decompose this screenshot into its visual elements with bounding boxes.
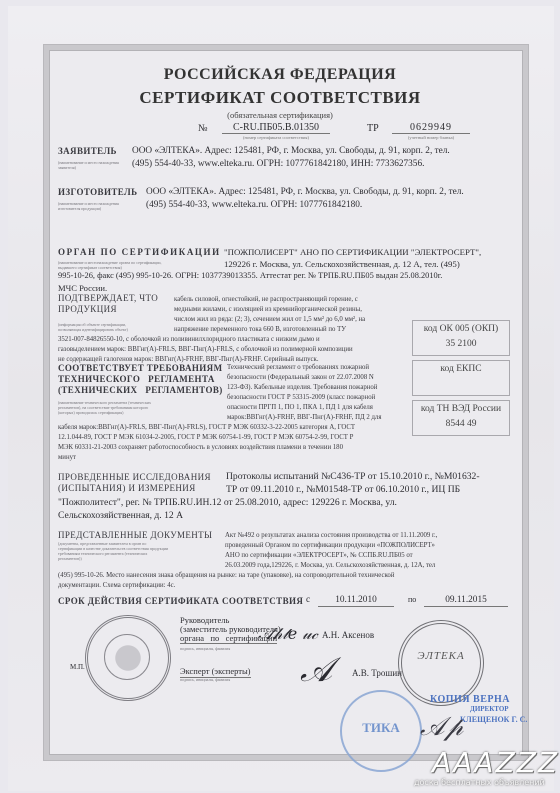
expert-signature: 𝒜 (300, 650, 332, 690)
compliance-line-5: опасности ПРГП 1, ПО 1, ПКА 1, ПД 1 для … (227, 403, 373, 412)
documents-line-1: Акт №492 о результатах анализа состояния… (225, 531, 437, 540)
manufacturer-label: ИЗГОТОВИТЕЛЬ (58, 187, 138, 197)
company-seal-text: ЭЛТЕКА (410, 650, 472, 662)
copy-stamp-director: ДИРЕКТОР (470, 705, 509, 713)
copy-certified-stamp: КОПИЯ ВЕРНА (430, 694, 510, 705)
cert-body-caption: (наименование и местонахождение органа п… (58, 260, 178, 270)
mp-label: М.П. (70, 661, 85, 673)
blue-seal-text: ТИКА (348, 720, 414, 736)
tp-label: ТР (367, 123, 379, 134)
validity-label: СРОК ДЕЙСТВИЯ СЕРТИФИКАТА СООТВЕТСТВИЯ (58, 596, 303, 606)
ekps-code-value (413, 374, 509, 379)
tp-number-caption: (учетный номер бланка) (392, 135, 470, 140)
manufacturer-caption: (наименование и место нахождения изготов… (58, 201, 134, 211)
compliance-caption: (наименование технического регламента (т… (58, 400, 166, 415)
product-line-6: газовыделением марок: ВВГнг(А)-FRLS, ВВГ… (58, 345, 353, 354)
director-signature: 𝒜𝓅 (420, 712, 463, 743)
compliance-line-1: Технический регламент о требованиях пожа… (227, 363, 369, 372)
documents-label: ПРЕДСТАВЛЕННЫЕ ДОКУМЕНТЫ (58, 530, 212, 540)
certificate-number: C-RU.ПБ05.В.01350 (222, 122, 330, 134)
documents-caption: (документы, представленные заявителем в … (58, 541, 170, 561)
compliance-line-8: 12.1.044-89, ГОСТ Р МЭК 61034-2-2005, ГО… (58, 433, 353, 442)
documents-line-4: 26.03.2009 года,129226, г. Москва, ул. С… (225, 561, 435, 570)
manufacturer-line-2: (495) 554-40-33, www.elteka.ru. ОГРН: 10… (146, 199, 362, 211)
certificate-title: СЕРТИФИКАТ СООТВЕТСТВИЯ (0, 88, 560, 108)
tests-line-2: ТР от 09.11.2010 г., №М01548-ТР от 06.10… (226, 484, 460, 496)
tnved-code-label: код ТН ВЭД России (413, 401, 509, 414)
okp-code-box: код ОК 005 (ОКП) 35 2100 (412, 320, 510, 356)
tests-label-2: (ИСПЫТАНИЯ) И ИЗМЕРЕНИЯ (58, 483, 196, 493)
cert-body-line-1: "ПОЖПОЛИСЕРТ" АНО ПО СЕРТИФИКАЦИИ "ЭЛЕКТ… (224, 246, 481, 258)
compliance-line-10: минут (58, 453, 76, 462)
certification-body-seal (85, 615, 171, 701)
compliance-line-7: кабеля марок:ВВГнг(А)-FRLS, ВВГ-Пнг(А)-F… (58, 423, 355, 432)
expert-name: А.В. Трошин (352, 667, 402, 679)
number-label: № (198, 123, 208, 134)
compliance-line-6: марок:ВВГнг(А)-FRHF, ВВГ-Пнг(А)-FRHF, ПД… (227, 413, 381, 422)
head-caption: подпись, инициалы, фамилия (180, 646, 230, 651)
documents-line-2: проведенный Органом по сертификации прод… (225, 541, 435, 550)
certificate-subtitle: (обязательная сертификация) (0, 110, 560, 120)
validity-from-label: с (306, 594, 310, 606)
okp-code-label: код ОК 005 (ОКП) (413, 321, 509, 334)
head-signature: 𝒜𝒽𝓉𝑒 𝓊𝒸 (258, 624, 318, 644)
compliance-label-2: ТЕХНИЧЕСКОГО РЕГЛАМЕНТА (58, 374, 215, 384)
watermark-logo: AAAZZZ (432, 746, 559, 779)
product-caption: (информация об объекте сертификации, поз… (58, 322, 138, 332)
product-line-2: медными жилами, с изоляцией из кремнийор… (174, 305, 362, 314)
tests-line-4: Сельскохозяйственная, д. 12 А (58, 510, 183, 522)
compliance-line-4: безопасности ГОСТ Р 53315-2009 (класс по… (227, 393, 375, 402)
product-line-5: 3521-007-84826550-10, с оболочкой из пол… (58, 335, 320, 344)
compliance-label-3: (ТЕХНИЧЕСКИХ РЕГЛАМЕНТОВ) (58, 385, 223, 395)
documents-line-6: документации. Схема сертификации: 4с. (58, 581, 175, 590)
ekps-code-label: код ЕКПС (413, 361, 509, 374)
tnved-code-box: код ТН ВЭД России 8544 49 (412, 400, 510, 436)
expert-caption: подпись, инициалы, фамилия (180, 677, 230, 682)
cert-body-line-3: 995-10-26, факс (495) 995-10-26. ОГРН: 1… (58, 270, 442, 282)
product-line-4: напряжение переменного тока 660 В, изгот… (174, 325, 346, 334)
tnved-code-value: 8544 49 (413, 414, 509, 429)
watermark-tagline: доска бесплатных объявлений (414, 778, 545, 787)
compliance-label-1: СООТВЕТСТВУЕТ ТРЕБОВАНИЯМ (58, 363, 222, 373)
product-line-1: кабель силовой, огнестойкий, не распрост… (174, 295, 358, 304)
product-line-3: числом жил из ряда: (2; 3), сечением жил… (174, 315, 365, 324)
tests-line-1: Протоколы испытаний №С436-ТР от 15.10.20… (226, 471, 480, 483)
certificate-number-caption: (номер сертификата соответствия) (222, 135, 330, 140)
tests-label-1: ПРОВЕДЕННЫЕ ИССЛЕДОВАНИЯ (58, 472, 211, 482)
compliance-line-2: безопасности (Федеральный закон от 22.07… (227, 373, 374, 382)
cert-body-line-2: 129226 г. Москва, ул. Сельскохозяйственн… (224, 258, 460, 270)
product-label-1: ПОДТВЕРЖДАЕТ, ЧТО (58, 293, 158, 303)
cert-body-label: ОРГАН ПО СЕРТИФИКАЦИИ (58, 247, 221, 257)
documents-line-5: (495) 995-10-26. Место нанесения знака о… (58, 571, 394, 580)
product-label-2: ПРОДУКЦИЯ (58, 304, 117, 314)
copy-stamp-name: КЛЕЩЕНОК Г. С. (460, 715, 527, 724)
manufacturer-line-1: ООО «ЭЛТЕКА». Адрес: 125481, РФ, г. Моск… (146, 186, 464, 198)
compliance-line-3: 123-ФЗ). Кабельные изделия. Требования п… (227, 383, 377, 392)
applicant-line-2: (495) 554-40-33, www.elteka.ru. ОГРН: 10… (132, 158, 424, 170)
validity-from-date: 10.11.2010 (318, 594, 394, 607)
country-heading: РОССИЙСКАЯ ФЕДЕРАЦИЯ (0, 66, 560, 84)
okp-code-value: 35 2100 (413, 334, 509, 349)
head-name: А.Н. Аксенов (322, 629, 374, 641)
blue-seal: ТИКА (340, 690, 422, 772)
applicant-line-1: ООО «ЭЛТЕКА». Адрес: 125481, РФ, г. Моск… (132, 145, 450, 157)
compliance-line-9: МЭК 60331-21-2003 сохраняет работоспособ… (58, 443, 343, 452)
applicant-label: ЗАЯВИТЕЛЬ (58, 146, 117, 156)
tests-line-3: "Пожполитест", рег. № ТРПБ.RU.ИН.12 от 2… (58, 497, 397, 509)
tp-number: 0629949 (392, 122, 470, 134)
documents-line-3: АНО по сертификации «ЭЛЕКТРОСЕРТ», № ССП… (225, 551, 413, 560)
validity-to-label: по (408, 594, 416, 606)
applicant-caption: (наименование и место нахождения заявите… (58, 160, 134, 170)
validity-to-date: 09.11.2015 (424, 594, 508, 607)
ekps-code-box: код ЕКПС (412, 360, 510, 396)
